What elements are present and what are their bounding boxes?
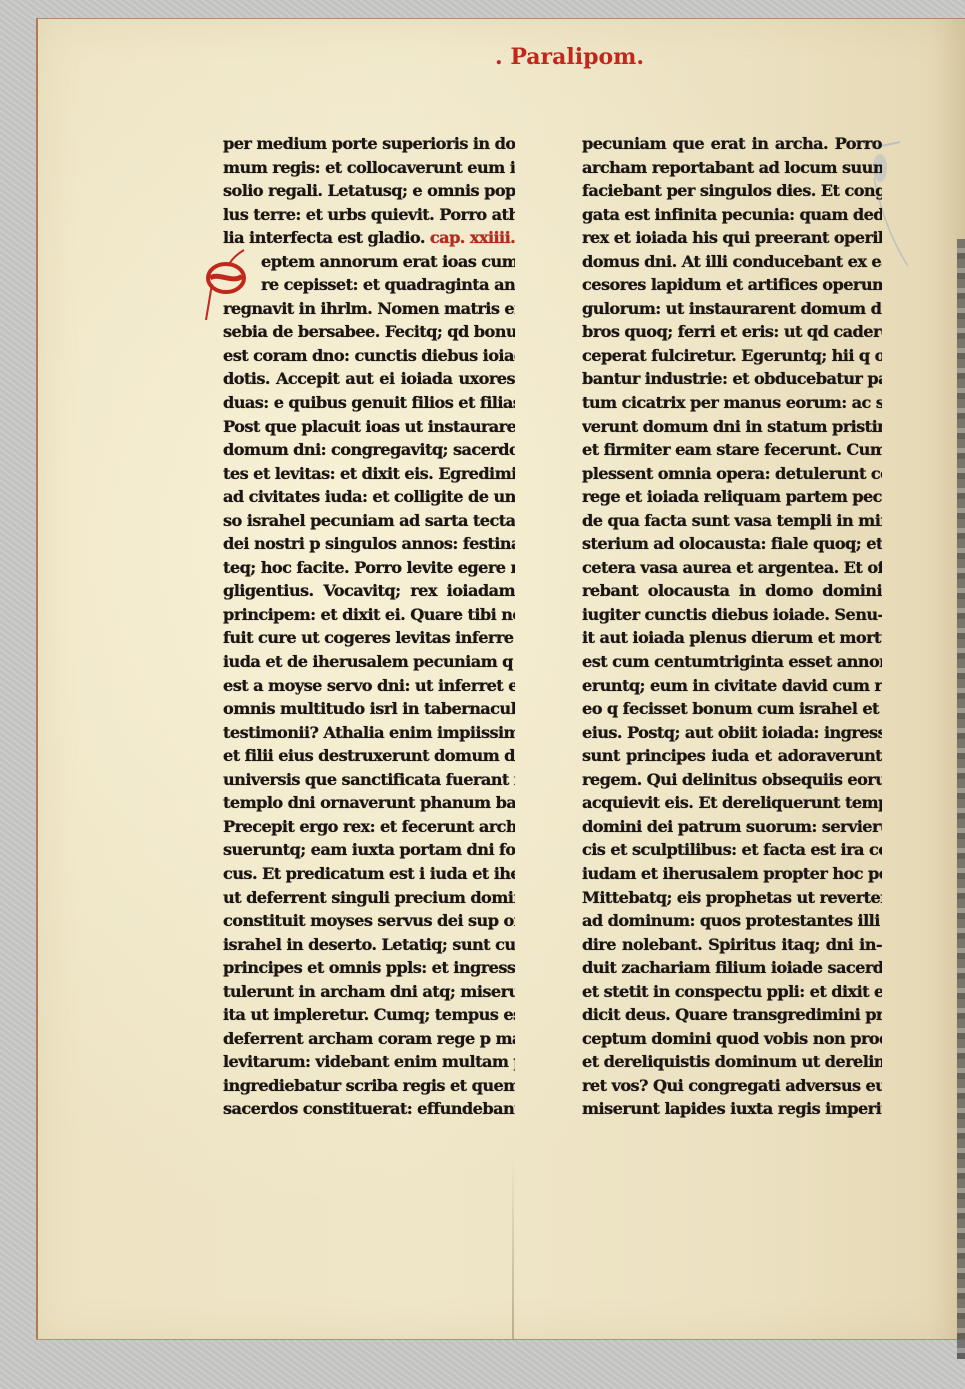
text-line: sterium ad olocausta: fiale quoq; et [582,532,882,556]
text-line: universis que sanctificata fuerant in [223,768,515,792]
text-line: it aut ioiada plenus dierum et mortu9 [582,626,882,650]
text-line: pecuniam que erat in archa. Porro [582,132,882,156]
text-line: et stetit in conspectu ppli: et dixit ei… [582,980,882,1004]
text-line: duit zachariam filium ioiade sacerdotem: [582,956,882,980]
text-line: ceptum domini quod vobis non proderit: [582,1027,882,1051]
text-line: Post que placuit ioas ut instauraret [223,415,515,439]
text-line: gata est infinita pecunia: quam dederunt [582,203,882,227]
text-line: principes et omnis ppls: et ingressi con… [223,956,515,980]
text-line: principem: et dixit ei. Quare tibi non [223,603,515,627]
text-line: tum cicatrix per manus eorum: ac suscita… [582,391,882,415]
text-line: est cum centumtriginta esset annorum: se… [582,650,882,674]
chapter-marker: cap. xxiiii. [430,228,515,247]
text-line: iugiter cunctis diebus ioiade. Senu- [582,603,882,627]
text-line: rebant olocausta in domo domini [582,579,882,603]
text-line: Precepit ergo rex: et fecerunt archam: p… [223,815,515,839]
text-fragment: lia interfecta est gladio. [223,228,425,247]
text-line: bros quoq; ferri et eris: ut qd cadere [582,320,882,344]
text-line: dire nolebant. Spiritus itaq; dni in- [582,933,882,957]
text-line: tulerunt in archam dni atq; miserunt: [223,980,515,1004]
text-line: mum regis: et collocaverunt eum in [223,156,515,180]
text-line: verunt domum dni in statum pristinum: [582,415,882,439]
text-line: rex et ioiada his qui preerant operibus [582,226,882,250]
text-line: et dereliquistis dominum ut derelinque- [582,1050,882,1074]
text-line: levitarum: videbant enim multam pecuniam… [223,1050,515,1074]
text-line: domini dei patrum suorum: servieruntq; l… [582,815,882,839]
text-line: est a moyse servo dni: ut inferret eam [223,674,515,698]
text-line: testimonii? Athalia enim impiissima [223,721,515,745]
text-line: fuit cure ut cogeres levitas inferre de [223,626,515,650]
text-line: plessent omnia opera: detulerunt coram [582,462,882,486]
text-line: eo q fecisset bonum cum israhel et cum d… [582,697,882,721]
text-line: eius. Postq; aut obiit ioiada: ingressi [582,721,882,745]
text-line: est coram dno: cunctis diebus ioiade sac… [223,344,515,368]
text-line: teq; hoc facite. Porro levite egere ne- [223,556,515,580]
text-line: duas: e quibus genuit filios et filias. [223,391,515,415]
text-line: iuda et de iherusalem pecuniam q constit… [223,650,515,674]
text-line: de qua facta sunt vasa templi in mini- [582,509,882,533]
right-text-column: pecuniam que erat in archa. Porro archam… [582,132,882,1121]
left-text-column: per medium porte superioris in do- mum r… [223,132,515,1121]
text-line: re cepisset: et quadraginta annis [223,273,515,297]
text-line: iudam et iherusalem propter hoc peccatum… [582,862,882,886]
text-line: archam reportabant ad locum suum: sicq; [582,156,882,180]
text-line: so israhel pecuniam ad sarta tecta templ… [223,509,515,533]
text-line: faciebant per singulos dies. Et congre- [582,179,882,203]
text-line: cus. Et predicatum est i iuda et iherusa… [223,862,515,886]
text-line: dicit deus. Quare transgredimini pre- [582,1003,882,1027]
text-line: dei nostri p singulos annos: festina- [223,532,515,556]
text-line: acquievit eis. Et dereliquerunt templum [582,791,882,815]
text-line: lus terre: et urbs quievit. Porro atha- [223,203,515,227]
text-line: israhel in deserto. Letatiq; sunt cuncti [223,933,515,957]
text-line: miserunt lapides iuxta regis imperium: [582,1097,882,1121]
text-line: rege et ioiada reliquam partem pecunie: [582,485,882,509]
text-line: constituit moyses servus dei sup omnem [223,909,515,933]
text-line: regnavit in ihrlm. Nomen matris ei9 [223,297,515,321]
text-line: cesores lapidum et artifices operum sing… [582,273,882,297]
text-line: bantur industrie: et obducebatur parie- [582,367,882,391]
running-head: . Paralipom. [495,44,644,70]
text-line: sebia de bersabee. Fecitq; qd bonum [223,320,515,344]
text-line: Mittebatq; eis prophetas ut reverterentu… [582,886,882,910]
text-line: eptem annorum erat ioas cum regna- [223,250,515,274]
text-line: ad dominum: quos protestantes illi au- [582,909,882,933]
text-line: templo dni ornaverunt phanum baalim. [223,791,515,815]
text-line: ingrediebatur scriba regis et quem primu… [223,1074,515,1098]
text-line: eruntq; eum in civitate david cum regibu… [582,674,882,698]
text-line: solio regali. Letatusq; e omnis popu- [223,179,515,203]
text-line: sacerdos constituerat: effundebantq; [223,1097,515,1121]
text-line-with-chapter: lia interfecta est gladio. cap. xxiiii. [223,226,515,250]
text-line: dotis. Accepit aut ei ioiada uxores [223,367,515,391]
text-line: cetera vasa aurea et argentea. Et offe- [582,556,882,580]
text-line: cis et sculptilibus: et facta est ira co… [582,838,882,862]
text-line: sunt principes iuda et adoraverunt [582,744,882,768]
text-line: gligentius. Vocavitq; rex ioiadam [223,579,515,603]
text-line: et firmiter eam stare fecerunt. Cumq; co… [582,438,882,462]
page-fold-crease [512,1159,514,1339]
text-line: ad civitates iuda: et colligite de unive… [223,485,515,509]
adjacent-page-edge [957,239,965,1359]
text-line: gulorum: ut instaurarent domum dni: fa- [582,297,882,321]
text-line: omnis multitudo isrl in tabernaculum [223,697,515,721]
text-line: et filii eius destruxerunt domum dei: et… [223,744,515,768]
text-line: sueruntq; eam iuxta portam dni forinse- [223,838,515,862]
text-line: regem. Qui delinitus obsequiis eorum [582,768,882,792]
text-line: ut deferrent singuli precium domino qd [223,886,515,910]
text-line: domus dni. At illi conducebant ex ea [582,250,882,274]
text-line: ceperat fulciretur. Egeruntq; hii q oper… [582,344,882,368]
text-line: tes et levitas: et dixit eis. Egredimini [223,462,515,486]
text-line: deferrent archam coram rege p manus [223,1027,515,1051]
text-line: ita ut impleretur. Cumq; tempus esset ut [223,1003,515,1027]
text-line: ret vos? Qui congregati adversus eum [582,1074,882,1098]
text-line: per medium porte superioris in do- [223,132,515,156]
text-line: domum dni: congregavitq; sacerdo- [223,438,515,462]
